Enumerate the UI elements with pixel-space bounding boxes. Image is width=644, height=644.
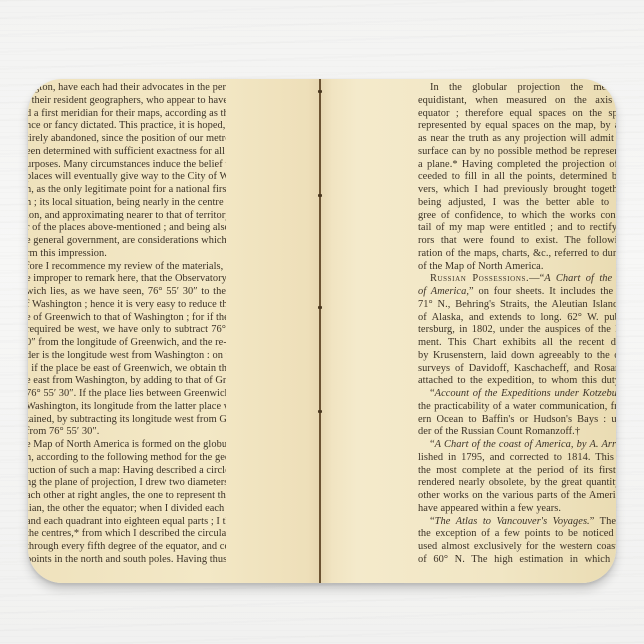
text-line: wich lies, as we have seen, 76° 55′ 30″ … (28, 286, 226, 299)
text-line: Russian Possessions.—“A Chart of the Nor… (418, 273, 616, 286)
text-line: a plane.* Having completed the projectio… (418, 159, 616, 172)
text-line: een determined with sufficient exactness… (28, 146, 226, 159)
text-line: e of Greenwich to that of Washington ; f… (28, 312, 226, 325)
text-line: represented by equal spaces on the map, … (418, 120, 616, 133)
text-line: being adjusted, I was the better able to… (418, 197, 616, 210)
text-line: ruction of such a map: Having described … (28, 465, 226, 478)
text-line: as near the truth as any projection will… (418, 133, 616, 146)
text-line: of 60° N. The high estimation in which V… (418, 554, 616, 567)
left-page-text: ington, have each had their advocates in… (28, 82, 226, 567)
book-spine-line (319, 79, 321, 583)
text-line: e Map of North America is formed on the … (28, 439, 226, 452)
text-line: ach other at right angles, the one to re… (28, 490, 226, 503)
text-line: tail of my map were entitled ; and to re… (418, 222, 616, 235)
text-line: ment. This Chart exhibits all the recent… (418, 337, 616, 350)
text-line: Washington, its longitude from the latte… (28, 401, 226, 414)
text-line: through every fifth degree of the equato… (28, 541, 226, 554)
text-line: gree of confidence, to which the works c… (418, 210, 616, 223)
text-line: 76° 55′ 30″. If the place lies between G… (28, 388, 226, 401)
text-line: required be west, we have only to subtra… (28, 324, 226, 337)
mousepad: ington, have each had their advocates in… (28, 79, 616, 583)
text-line: the exception of a few points to be noti… (418, 528, 616, 541)
text-line: places will eventually give way to the C… (28, 171, 226, 184)
text-line: e general government, are considerations… (28, 235, 226, 248)
stitch-mark (318, 306, 322, 309)
text-line: e east from Washington, by adding to tha… (28, 375, 226, 388)
text-line: “A Chart of the coast of America, by A. … (418, 439, 616, 452)
stitch-mark (318, 194, 322, 197)
text-line: surface can by no possible method be rep… (418, 146, 616, 159)
text-line: d a first meridian for their maps, accor… (28, 108, 226, 121)
text-line: tersburg, in 1802, under the auspices of… (418, 324, 616, 337)
text-line: ration of the maps, charts, &c., referre… (418, 248, 616, 261)
text-line: In the globular projection the meridians… (418, 82, 616, 95)
text-line: f Washington ; hence it is very easy to … (28, 299, 226, 312)
text-line: by Krusenstern, laid down agreeably to t… (418, 350, 616, 363)
text-line: der of the Russian Count Romanzoff.† (418, 426, 616, 439)
text-line: der is the longitude west from Washingto… (28, 350, 226, 363)
text-line: tirely abandoned, since the position of … (28, 133, 226, 146)
text-line: have appeared within a few years. (418, 503, 616, 516)
text-line: fore I recommence my review of the mater… (28, 261, 226, 274)
text-line: the most complete at the period of its f… (418, 465, 616, 478)
text-line: of Alaska, and extends to long. 62° W. p… (418, 312, 616, 325)
stitch-mark (318, 90, 322, 93)
text-line: e improper to remark here, that the Obse… (28, 273, 226, 286)
text-line: ern Ocean to Baffin's or Hudson's Bays :… (418, 414, 616, 427)
text-line: and each quadrant into eighteen equal pa… (28, 516, 226, 529)
text-line: the centres,* from which I described the… (28, 528, 226, 541)
text-line: from 76° 55′ 30″. (28, 426, 226, 439)
text-line: n, according to the following method for… (28, 452, 226, 465)
text-line: equator ; therefore equal spaces on the … (418, 108, 616, 121)
text-line: “Account of the Expeditions under Kotzeb… (418, 388, 616, 401)
text-line: nce or fancy dictated. This practice, it… (28, 120, 226, 133)
text-line: n, as the only legitimate point for a na… (28, 184, 226, 197)
text-line: 0″ from the longitude of Greenwich, and … (28, 337, 226, 350)
text-line: rm this impression. (28, 248, 226, 261)
right-page-text: In the globular projection the meridians… (418, 82, 616, 567)
text-line: n ; its local situation, being nearly in… (28, 197, 226, 210)
text-line: t their resident geographers, who appear… (28, 95, 226, 108)
text-line: , if the place be east of Greenwich, we … (28, 363, 226, 376)
text-line: surveys of Davidoff, Kaschacheff, and Ro… (418, 363, 616, 376)
text-line: “The Atlas to Vancouver's Voyages.” Thes… (418, 516, 616, 529)
stitch-mark (318, 410, 322, 413)
text-line: of America,” on four sheets. It includes… (418, 286, 616, 299)
text-line: ng the plane of projection, I drew two d… (28, 477, 226, 490)
text-line: points in the north and south poles. Hav… (28, 554, 226, 567)
text-line: of the Map of North America. (418, 261, 616, 274)
text-line: ion, and approximating nearer to that of… (28, 210, 226, 223)
text-line: tained, by subtracting its longitude wes… (28, 414, 226, 427)
text-line: ceeded to fill in all the points, determ… (418, 171, 616, 184)
text-line: other works on the various parts of the … (418, 490, 616, 503)
text-line: the practicability of a water communicat… (418, 401, 616, 414)
text-line: lished in 1795, and corrected to 1814. T… (418, 452, 616, 465)
text-line: lian, the other the equator; when I divi… (28, 503, 226, 516)
text-line: 71° N., Behring's Straits, the Aleutian … (418, 299, 616, 312)
text-line: equidistant, when measured on the axis m… (418, 95, 616, 108)
text-line: attached to the expedition, to whom this… (418, 375, 616, 388)
text-line: ington, have each had their advocates in… (28, 82, 226, 95)
text-line: rendered nearly obsolete, by the great q… (418, 477, 616, 490)
text-line: r of the places above-mentioned ; and be… (28, 222, 226, 235)
text-line: urposes. Many circumstances induce the b… (28, 159, 226, 172)
text-line: rors that were found to exist. The follo… (418, 235, 616, 248)
text-line: used almost exclusively for the western … (418, 541, 616, 554)
text-line: vers, which I had previously brought tog… (418, 184, 616, 197)
